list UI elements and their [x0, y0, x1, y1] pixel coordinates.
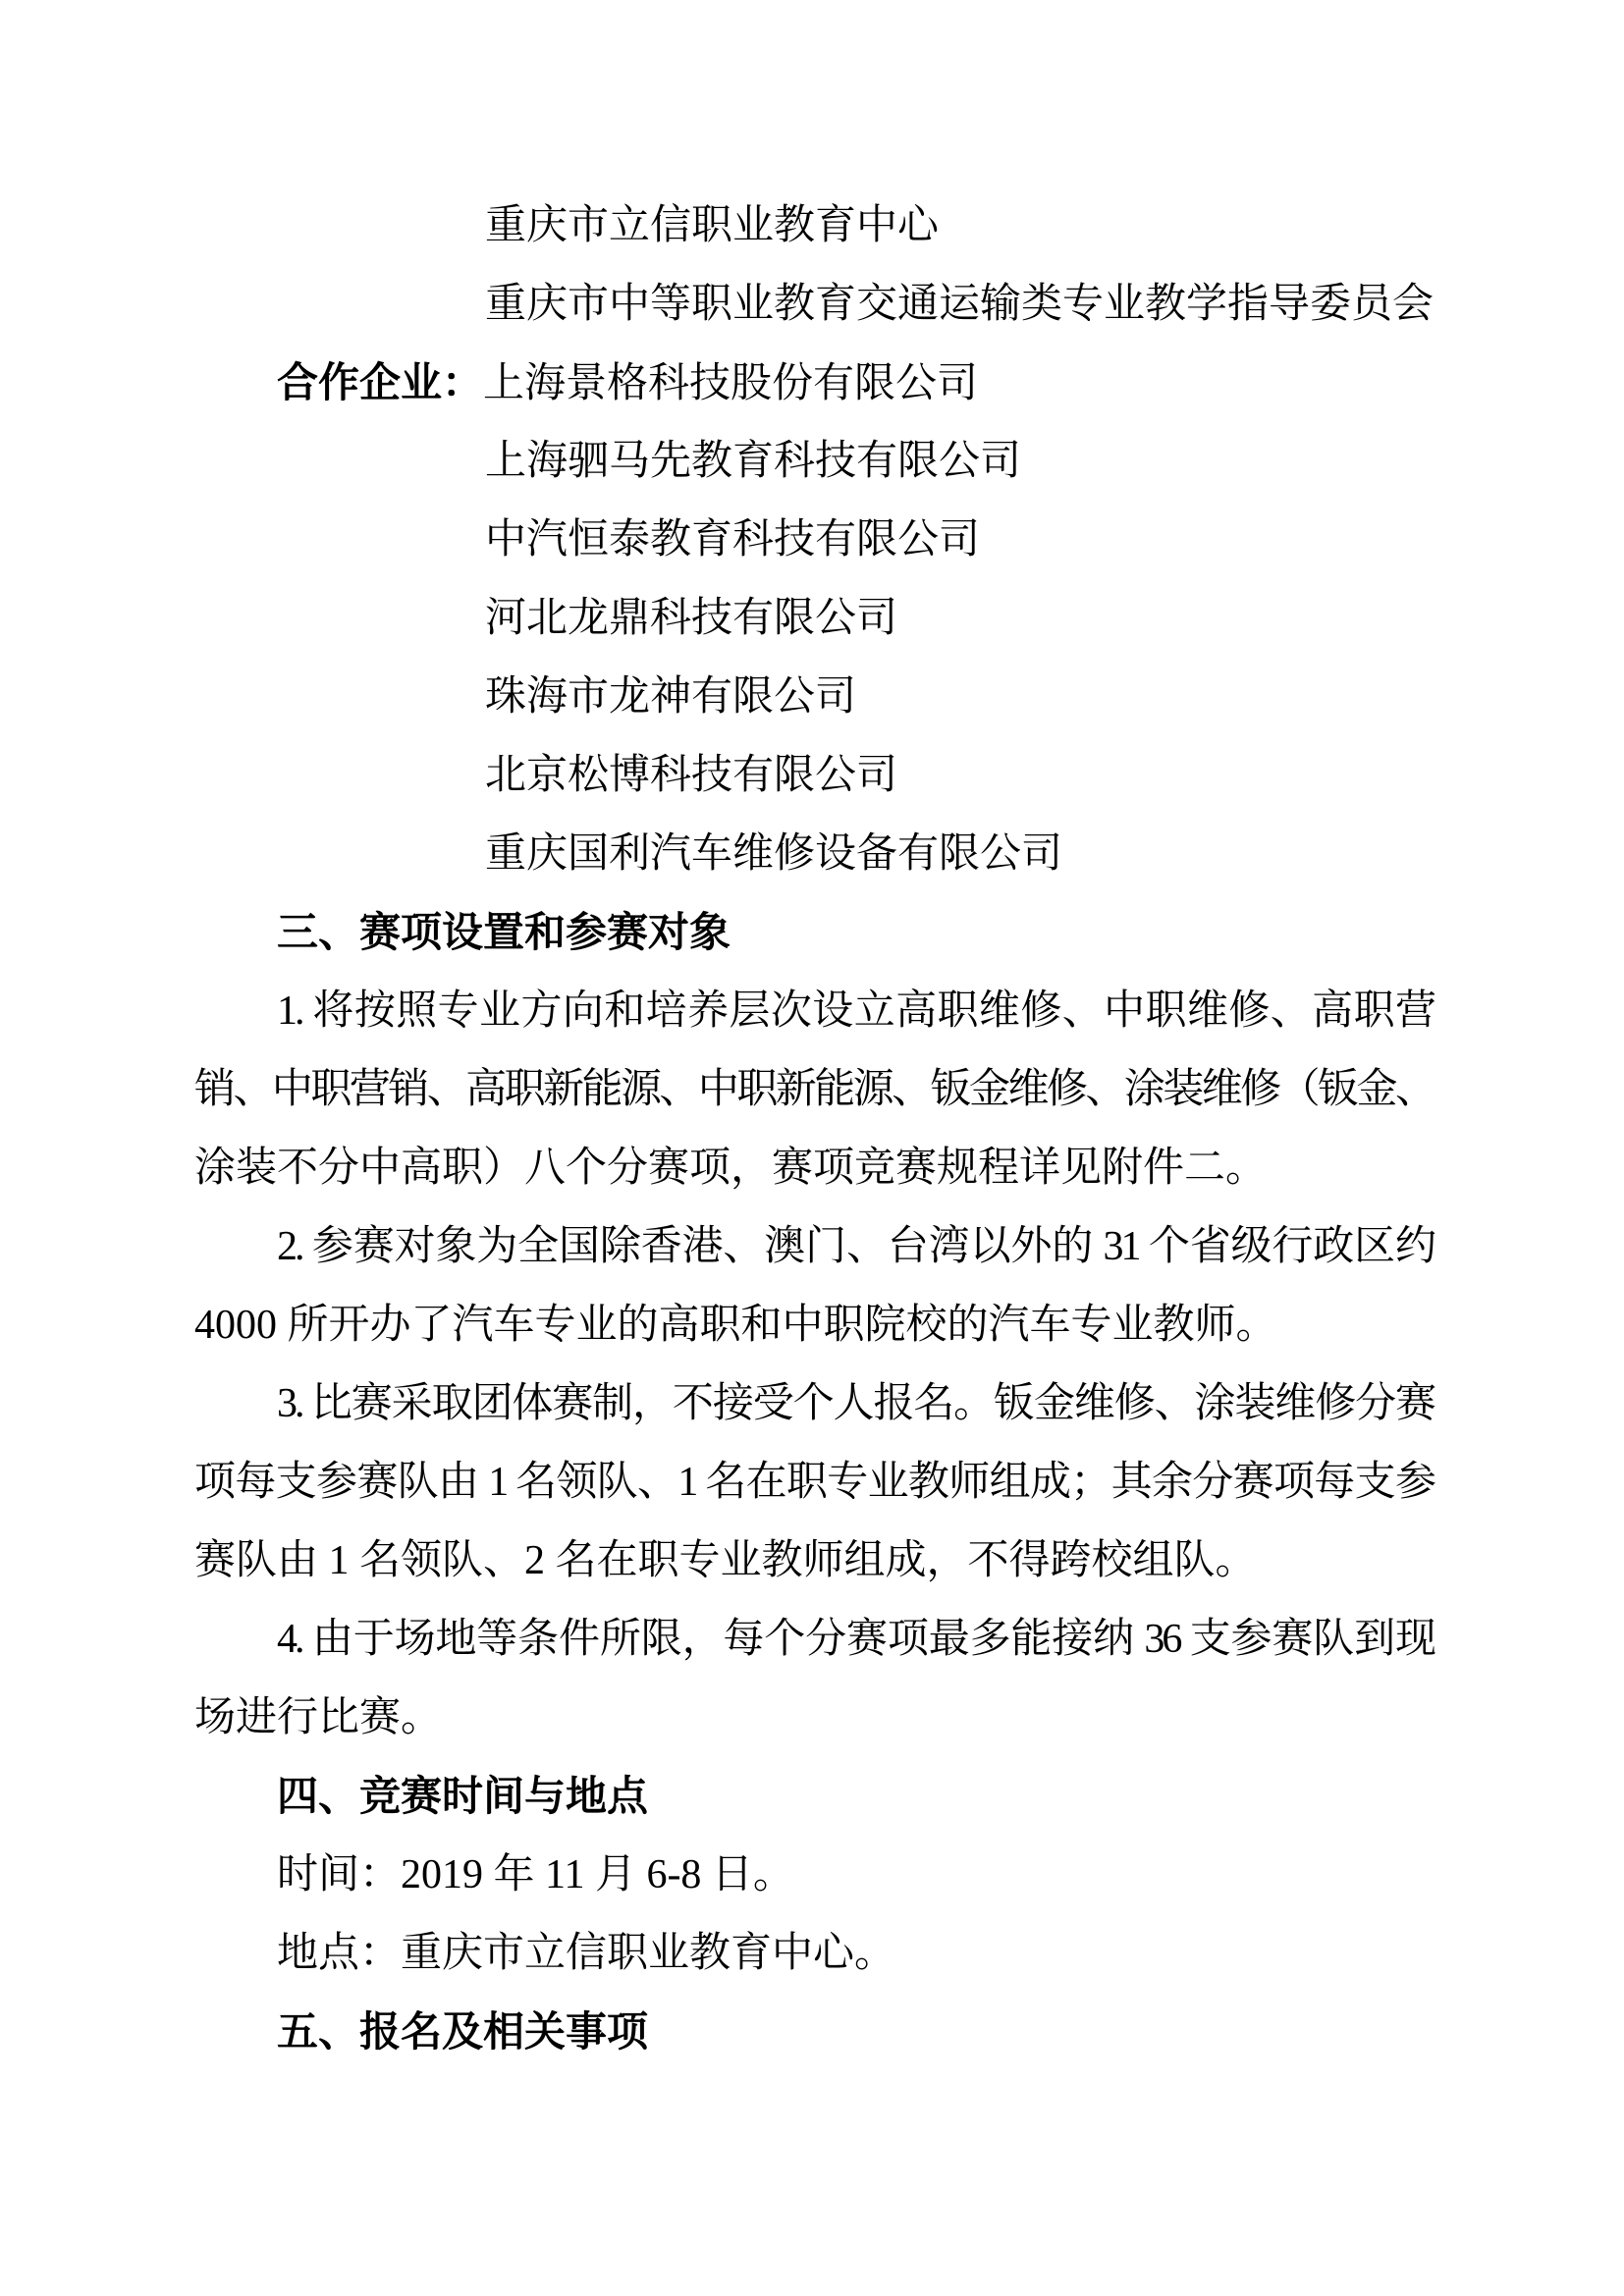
partner-company-name: 上海景格科技股份有限公司 [483, 361, 978, 406]
partner-company-name: 重庆国利汽车维修设备有限公司 [194, 815, 1434, 893]
partner-company-name: 中汽恒泰教育科技有限公司 [194, 501, 1434, 579]
section-3-item-2-line-2: 4000 所开办了汽车专业的高职和中职院校的汽车专业教师。 [194, 1286, 1434, 1364]
organizer-continuation-line-1: 重庆市立信职业教育中心 [194, 187, 1434, 265]
section-3-item-3-line-2: 项每支参赛队由 1 名领队、1 名在职专业教师组成；其余分赛项每支参 [194, 1443, 1434, 1522]
partner-company-name: 上海驷马先教育科技有限公司 [194, 422, 1434, 501]
organizer-continuation-line-2: 重庆市中等职业教育交通运输类专业教学指导委员会 [194, 265, 1434, 344]
section-3-item-2-line-1: 2. 参赛对象为全国除香港、澳门、台湾以外的 31 个省级行政区约 [194, 1207, 1434, 1286]
section-3-item-3-line-1: 3. 比赛采取团体赛制，不接受个人报名。钣金维修、涂装维修分赛 [194, 1364, 1434, 1443]
partner-company-name: 北京松博科技有限公司 [194, 736, 1434, 815]
section-5-heading: 五、报名及相关事项 [194, 1993, 1434, 2071]
partner-company-name: 河北龙鼎科技有限公司 [194, 579, 1434, 658]
section-3-item-4-line-2: 场进行比赛。 [194, 1679, 1434, 1757]
section-3-heading: 三、赛项设置和参赛对象 [194, 893, 1434, 972]
section-3-item-4-line-1: 4. 由于场地等条件所限，每个分赛项最多能接纳 36 支参赛队到现 [194, 1600, 1434, 1679]
section-3-item-1-line-2: 销、中职营销、高职新能源、中职新能源、钣金维修、涂装维修（钣金、 [194, 1050, 1434, 1129]
section-3-item-3-line-3: 赛队由 1 名领队、2 名在职专业教师组成，不得跨校组队。 [194, 1522, 1434, 1600]
section-3-item-1-line-1: 1. 将按照专业方向和培养层次设立高职维修、中职维修、高职营 [194, 972, 1434, 1050]
competition-place-line: 地点：重庆市立信职业教育中心。 [194, 1914, 1434, 1993]
section-4-heading: 四、竞赛时间与地点 [194, 1757, 1434, 1836]
partners-line: 合作企业：上海景格科技股份有限公司 [194, 344, 1434, 422]
partner-company-name: 珠海市龙神有限公司 [194, 658, 1434, 736]
competition-time-line: 时间：2019 年 11 月 6-8 日。 [194, 1836, 1434, 1914]
document-body: 重庆市立信职业教育中心 重庆市中等职业教育交通运输类专业教学指导委员会 合作企业… [194, 187, 1434, 2071]
partners-label: 合作企业： [277, 359, 483, 405]
document-page: 重庆市立信职业教育中心 重庆市中等职业教育交通运输类专业教学指导委员会 合作企业… [0, 0, 1624, 2296]
section-3-item-1-line-3: 涂装不分中高职）八个分赛项，赛项竞赛规程详见附件二。 [194, 1129, 1434, 1207]
